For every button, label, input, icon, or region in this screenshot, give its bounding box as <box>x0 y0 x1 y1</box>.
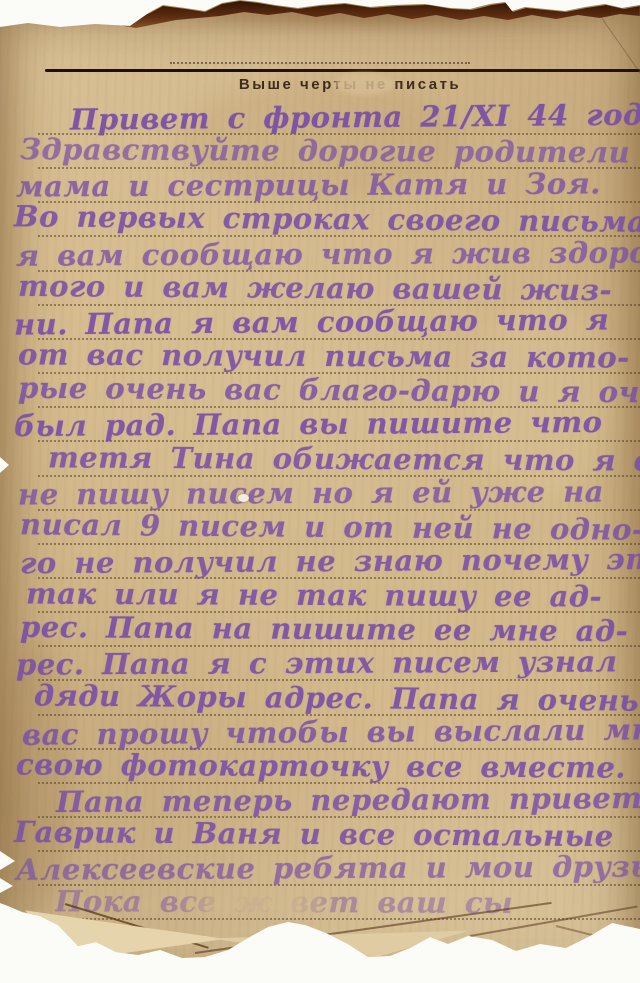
letter-paper: Выше черты не писать Привет с фронта 21/… <box>0 0 640 983</box>
handwriting-line: Алексеевские ребята и мои друзья <box>16 849 640 888</box>
header-dotted-rule <box>170 62 470 64</box>
burn-glow <box>120 8 640 36</box>
paper-hole <box>238 494 249 502</box>
scanner-background: Выше черты не писать Привет с фронта 21/… <box>0 0 640 983</box>
note-smudge <box>334 73 394 95</box>
header-solid-rule <box>45 69 640 72</box>
handwriting-line: рес. Папа я с этих писем узнал <box>16 644 618 683</box>
handwriting-line: тетя Тина обижается что я ей <box>48 440 640 479</box>
handwriting-line: Во первых строках своего письма <box>14 199 640 241</box>
handwriting-line: был рад. Папа вы пишите что <box>14 405 603 445</box>
